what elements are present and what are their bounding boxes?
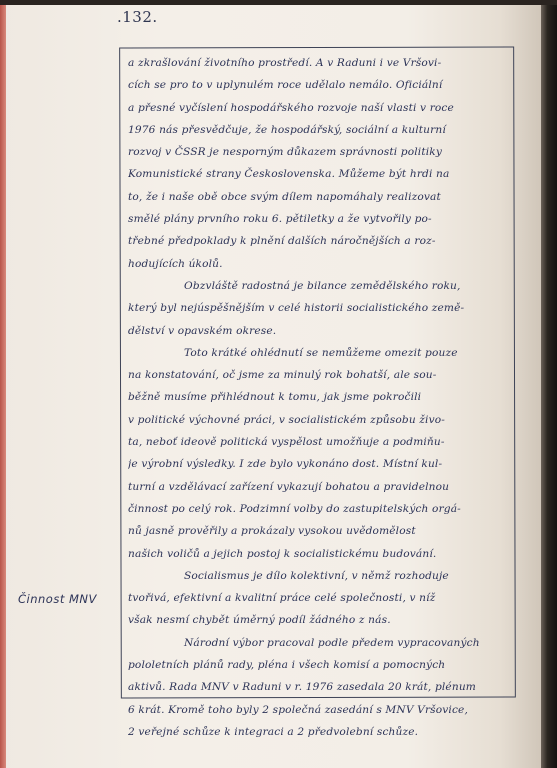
text-line: a zkrašlování životního prostředí. A v R…: [128, 52, 516, 74]
text-line: který byl nejúspěšnějším v celé historii…: [128, 297, 516, 319]
text-line: našich voličů a jejich postoj k socialis…: [128, 543, 516, 565]
text-line: 2 veřejné schůze k integraci a 2 předvol…: [128, 721, 516, 743]
text-line: Socialismus je dílo kolektivní, v němž r…: [128, 565, 516, 587]
text-line: běžně musíme přihlédnout k tomu, jak jsm…: [128, 386, 516, 408]
text-line: dělství v opavském okrese.: [128, 320, 516, 342]
text-line: Obzvláště radostná je bilance zemědělské…: [128, 275, 516, 297]
chronicle-text: a zkrašlování životního prostředí. A v R…: [128, 52, 516, 743]
text-line: cích se pro to v uplynulém roce udělalo …: [128, 74, 516, 96]
text-line: je výrobní výsledky. I zde bylo vykonáno…: [128, 453, 516, 475]
text-line: však nesmí chybět úměrný podíl žádného z…: [128, 609, 516, 631]
text-line: to, že i naše obě obce svým dílem napomá…: [128, 186, 516, 208]
text-line: turní a vzdělávací zařízení vykazují boh…: [128, 476, 516, 498]
top-shadow: [0, 0, 557, 5]
text-line: na konstatování, oč jsme za minulý rok b…: [128, 364, 516, 386]
text-line: činnost po celý rok. Podzimní volby do z…: [128, 498, 516, 520]
text-line: hodujících úkolů.: [128, 253, 516, 275]
text-line: Toto krátké ohlédnutí se nemůžeme omezit…: [128, 342, 516, 364]
text-line: rozvoj v ČSSR je nesporným důkazem správ…: [128, 141, 516, 163]
text-line: smělé plány prvního roku 6. pětiletky a …: [128, 208, 516, 230]
text-line: třebné předpoklady k plnění dalších náro…: [128, 230, 516, 252]
text-line: Národní výbor pracoval podle předem vypr…: [128, 632, 516, 654]
text-line: 6 krát. Kromě toho byly 2 společná zased…: [128, 699, 516, 721]
text-line: a přesné vyčíslení hospodářského rozvoje…: [128, 97, 516, 119]
text-line: pololetních plánů rady, pléna i všech ko…: [128, 654, 516, 676]
text-line: v politické výchovné práci, v socialisti…: [128, 409, 516, 431]
margin-note: Činnost MNV: [18, 592, 97, 606]
page-number: .132.: [117, 8, 158, 26]
text-line: tvořivá, efektivní a kvalitní práce celé…: [128, 587, 516, 609]
text-line: nů jasně prověřily a prokázaly vysokou u…: [128, 520, 516, 542]
text-line: Komunistické strany Československa. Může…: [128, 163, 516, 185]
text-line: ta, neboť ideově politická vyspělost umo…: [128, 431, 516, 453]
text-line: aktivů. Rada MNV v Raduni v r. 1976 zase…: [128, 676, 516, 698]
page-edge: [0, 0, 6, 768]
text-line: 1976 nás přesvědčuje, že hospodářský, so…: [128, 119, 516, 141]
book-spine: [541, 0, 557, 768]
